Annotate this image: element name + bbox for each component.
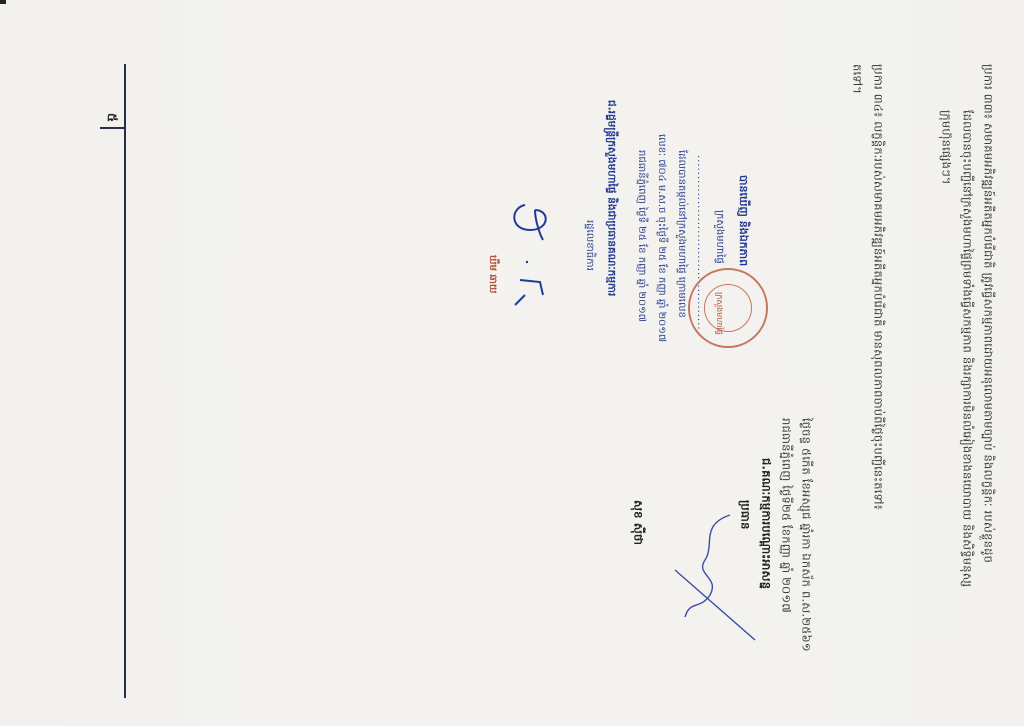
official-stamp <box>688 268 768 348</box>
registered-line: ដែលបានតម្កល់នៅក្រសួងមហាផ្ទៃ ក្រោមលេខ <box>676 150 686 318</box>
ministry-signer-title: រដ្ឋលេខាធិការ <box>584 220 594 271</box>
lunar-date: ថ្ងៃចន្ទ ៥កើត ខែអស្សុជ ឆ្នាំរកា ឯកស័ក ព.… <box>800 418 812 652</box>
article-33-line-1: ប្រការ ៣៣៖ សមាគមអភិវឌ្ឍន៍អតីតអ្នកបំរើជាត… <box>982 64 994 563</box>
ministry-signer-name: ឃឹម ឆាយ <box>487 255 497 293</box>
page-edge-shadow <box>0 0 6 4</box>
ministry-header: បានឃើញ និងឯកភាព <box>738 175 749 266</box>
document-page: ប្រការ ៣៣៖ សមាគមអភិវឌ្ឍន៍អតីតអ្នកបំរើជាត… <box>0 0 1024 726</box>
stamp-center-text: ក្រសួងមហាផ្ទៃ <box>714 292 723 335</box>
registration-place-date: រាជធានីភ្នំពេញ ថ្ងៃទី ២៥ ខែ កញ្ញា ឆ្នាំ … <box>636 150 646 322</box>
article-34-line-1: ប្រការ ៣៤៖ លក្ខន្តិកៈរបស់សមាគមអភិវឌ្ឍន៍អ… <box>872 64 884 510</box>
ministry-office-line: ជ.រដ្ឋមន្ត្រីក្រសួងមហាផ្ទៃ និងជាប្រធានគណ… <box>606 100 617 296</box>
chair-signature <box>660 505 760 645</box>
page-number-tick <box>100 127 125 129</box>
article-33-line-3: ក្រុមហ៊ុនផ្សេងៗ។ <box>940 110 952 185</box>
chair-name: សុខ ស៊ីថា <box>632 500 644 545</box>
article-33-line-2: ដែលបានចុះបញ្ជីនៅក្រសួងមហាផ្ទៃព្រមទាំងធ្វ… <box>961 110 973 587</box>
page-border-rule <box>124 64 126 698</box>
ministry-signature <box>505 200 555 320</box>
page-number: ៥ <box>101 113 120 122</box>
solar-date: រាជធានីភ្នំពេញ ថ្ងៃទី២៥ ខែកញ្ញា ឆ្នាំ ២០… <box>780 418 792 613</box>
article-34-line-2: តទៅ។ <box>851 64 863 94</box>
committee-role: ជ.គណៈកម្មការបណ្ដោះអាសន្ន <box>760 458 772 589</box>
ministry-name: ក្រសួងមហាផ្ទៃ <box>714 210 724 264</box>
registration-number: លេខៈ ៧០៤ ម.ស.ច ចុះថ្ងៃទី ២៥ ខែ កញ្ញា ឆ្ន… <box>656 134 666 342</box>
